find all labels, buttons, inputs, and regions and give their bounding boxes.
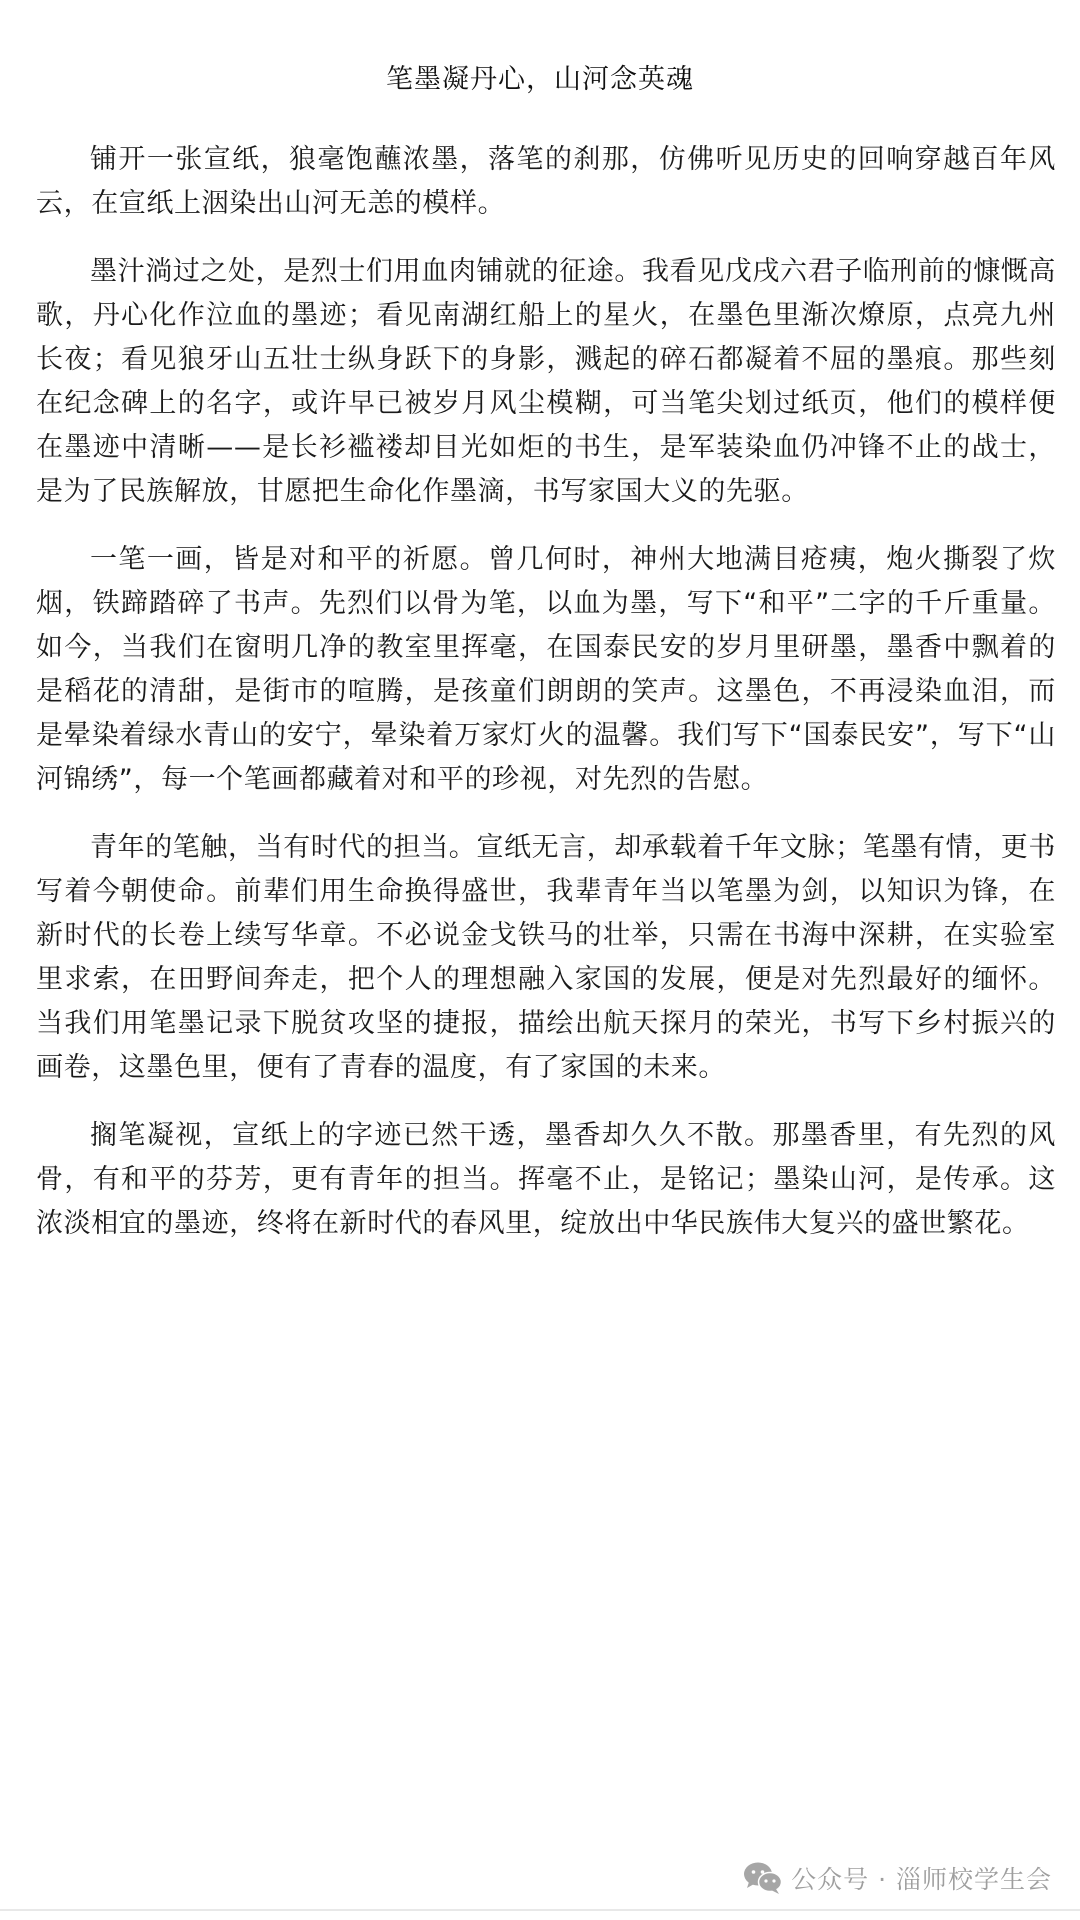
- watermark-label: 公众号 · 淄师校学生会: [791, 1860, 1052, 1896]
- official-account-watermark: 公众号 · 淄师校学生会: [743, 1858, 1052, 1898]
- paragraph-1: 铺开一张宣纸，狼毫饱蘸浓墨，落笔的刹那，仿佛听见历史的回响穿越百年风云，在宣纸上…: [36, 138, 1056, 226]
- paragraph-5: 搁笔凝视，宣纸上的字迹已然干透，墨香却久久不散。那墨香里，有先烈的风骨，有和平的…: [36, 1114, 1056, 1246]
- bottom-divider: [0, 1909, 1080, 1911]
- wechat-icon: [743, 1861, 783, 1895]
- document-page: 笔墨凝丹心，山河念英魂 铺开一张宣纸，狼毫饱蘸浓墨，落笔的刹那，仿佛听见历史的回…: [0, 0, 1080, 1920]
- paragraph-4: 青年的笔触，当有时代的担当。宣纸无言，却承载着千年文脉；笔墨有情，更书写着今朝使…: [36, 826, 1056, 1090]
- document-title: 笔墨凝丹心，山河念英魂: [0, 60, 1080, 100]
- article-body: 铺开一张宣纸，狼毫饱蘸浓墨，落笔的刹那，仿佛听见历史的回响穿越百年风云，在宣纸上…: [36, 138, 1056, 1270]
- paragraph-3: 一笔一画，皆是对和平的祈愿。曾几何时，神州大地满目疮痍，炮火撕裂了炊烟，铁蹄踏碎…: [36, 538, 1056, 802]
- paragraph-2: 墨汁淌过之处，是烈士们用血肉铺就的征途。我看见戊戌六君子临刑前的慷慨高歌，丹心化…: [36, 250, 1056, 514]
